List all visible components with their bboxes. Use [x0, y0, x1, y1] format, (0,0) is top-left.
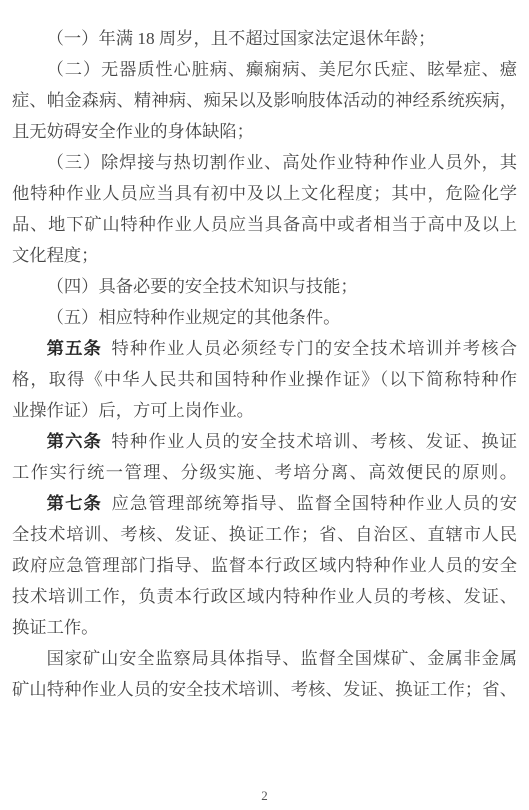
- text-line: （一）年满 18 周岁，且不超过国家法定退休年龄；: [12, 23, 517, 54]
- line-text: （二）无器质性心脏病、癫痫病、美尼尔氏症、眩晕症、癔: [47, 60, 517, 79]
- line-text: 换证工作。: [12, 618, 98, 637]
- document-body: （一）年满 18 周岁，且不超过国家法定退休年龄； （二）无器质性心脏病、癫痫病…: [12, 23, 517, 705]
- text-line: 换证工作。: [12, 612, 517, 643]
- text-line: 第七条应急管理部统筹指导、监督全国特种作业人员的安: [12, 488, 517, 519]
- line-text: 全技术培训、考核、发证、换证工作；省、自治区、直辖市人民: [12, 525, 517, 544]
- line-text: 工作实行统一管理、分级实施、考培分离、高效便民的原则。: [12, 463, 517, 482]
- text-line: 政府应急管理部门指导、监督本行政区域内特种作业人员的安全: [12, 550, 517, 581]
- text-line: 品、地下矿山特种作业人员应当具备高中或者相当于高中及以上: [12, 209, 517, 240]
- text-line: 技术培训工作，负责本行政区域内特种作业人员的考核、发证、: [12, 581, 517, 612]
- text-line: 格，取得《中华人民共和国特种作业操作证》（以下简称特种作: [12, 364, 517, 395]
- line-text: （四）具备必要的安全技术知识与技能；: [47, 277, 358, 296]
- text-line: 国家矿山安全监察局具体指导、监督全国煤矿、金属非金属: [12, 643, 517, 674]
- text-line: （二）无器质性心脏病、癫痫病、美尼尔氏症、眩晕症、癔: [12, 54, 517, 85]
- text-line: 第五条特种作业人员必须经专门的安全技术培训并考核合: [12, 333, 517, 364]
- article-number-label: 第六条: [47, 431, 102, 451]
- text-line: 全技术培训、考核、发证、换证工作；省、自治区、直辖市人民: [12, 519, 517, 550]
- line-text: 文化程度；: [12, 246, 98, 265]
- line-text: 他特种作业人员应当具有初中及以上文化程度；其中，危险化学: [12, 184, 517, 203]
- line-text: 格，取得《中华人民共和国特种作业操作证》（以下简称特种作: [12, 370, 517, 389]
- line-text: （三）除焊接与热切割作业、高处作业特种作业人员外，其: [47, 153, 517, 172]
- text-line: 且无妨碍安全作业的身体缺陷；: [12, 116, 517, 147]
- text-line: 工作实行统一管理、分级实施、考培分离、高效便民的原则。: [12, 457, 517, 488]
- text-line: （五）相应特种作业规定的其他条件。: [12, 302, 517, 333]
- document-page: （一）年满 18 周岁，且不超过国家法定退休年龄； （二）无器质性心脏病、癫痫病…: [0, 0, 529, 810]
- line-text: 品、地下矿山特种作业人员应当具备高中或者相当于高中及以上: [12, 215, 517, 234]
- text-line: （三）除焊接与热切割作业、高处作业特种作业人员外，其: [12, 147, 517, 178]
- page-number: 2: [0, 788, 529, 804]
- text-line: 文化程度；: [12, 240, 517, 271]
- text-line: 矿山特种作业人员的安全技术培训、考核、发证、换证工作；省、: [12, 674, 517, 705]
- line-text: 症、帕金森病、精神病、痴呆以及影响肢体活动的神经系统疾病，: [12, 91, 517, 110]
- text-line: 他特种作业人员应当具有初中及以上文化程度；其中，危险化学: [12, 178, 517, 209]
- line-text: 且无妨碍安全作业的身体缺陷；: [12, 122, 254, 141]
- line-text: 技术培训工作，负责本行政区域内特种作业人员的考核、发证、: [12, 587, 517, 606]
- line-text: 应急管理部统筹指导、监督全国特种作业人员的安: [112, 494, 517, 513]
- line-text: （五）相应特种作业规定的其他条件。: [47, 308, 341, 327]
- line-text: 国家矿山安全监察局具体指导、监督全国煤矿、金属非金属: [47, 649, 517, 668]
- text-line: （四）具备必要的安全技术知识与技能；: [12, 271, 517, 302]
- article-number-label: 第五条: [47, 338, 102, 358]
- line-text: 矿山特种作业人员的安全技术培训、考核、发证、换证工作；省、: [12, 680, 517, 699]
- line-text: 政府应急管理部门指导、监督本行政区域内特种作业人员的安全: [12, 556, 517, 575]
- line-text: 业操作证）后，方可上岗作业。: [12, 401, 254, 420]
- text-line: 症、帕金森病、精神病、痴呆以及影响肢体活动的神经系统疾病，: [12, 85, 517, 116]
- line-text: 特种作业人员的安全技术培训、考核、发证、换证: [112, 432, 517, 451]
- text-line: 第六条特种作业人员的安全技术培训、考核、发证、换证: [12, 426, 517, 457]
- text-line: 业操作证）后，方可上岗作业。: [12, 395, 517, 426]
- line-text: （一）年满 18 周岁，且不超过国家法定退休年龄；: [47, 29, 436, 48]
- article-number-label: 第七条: [47, 493, 102, 513]
- line-text: 特种作业人员必须经专门的安全技术培训并考核合: [112, 339, 517, 358]
